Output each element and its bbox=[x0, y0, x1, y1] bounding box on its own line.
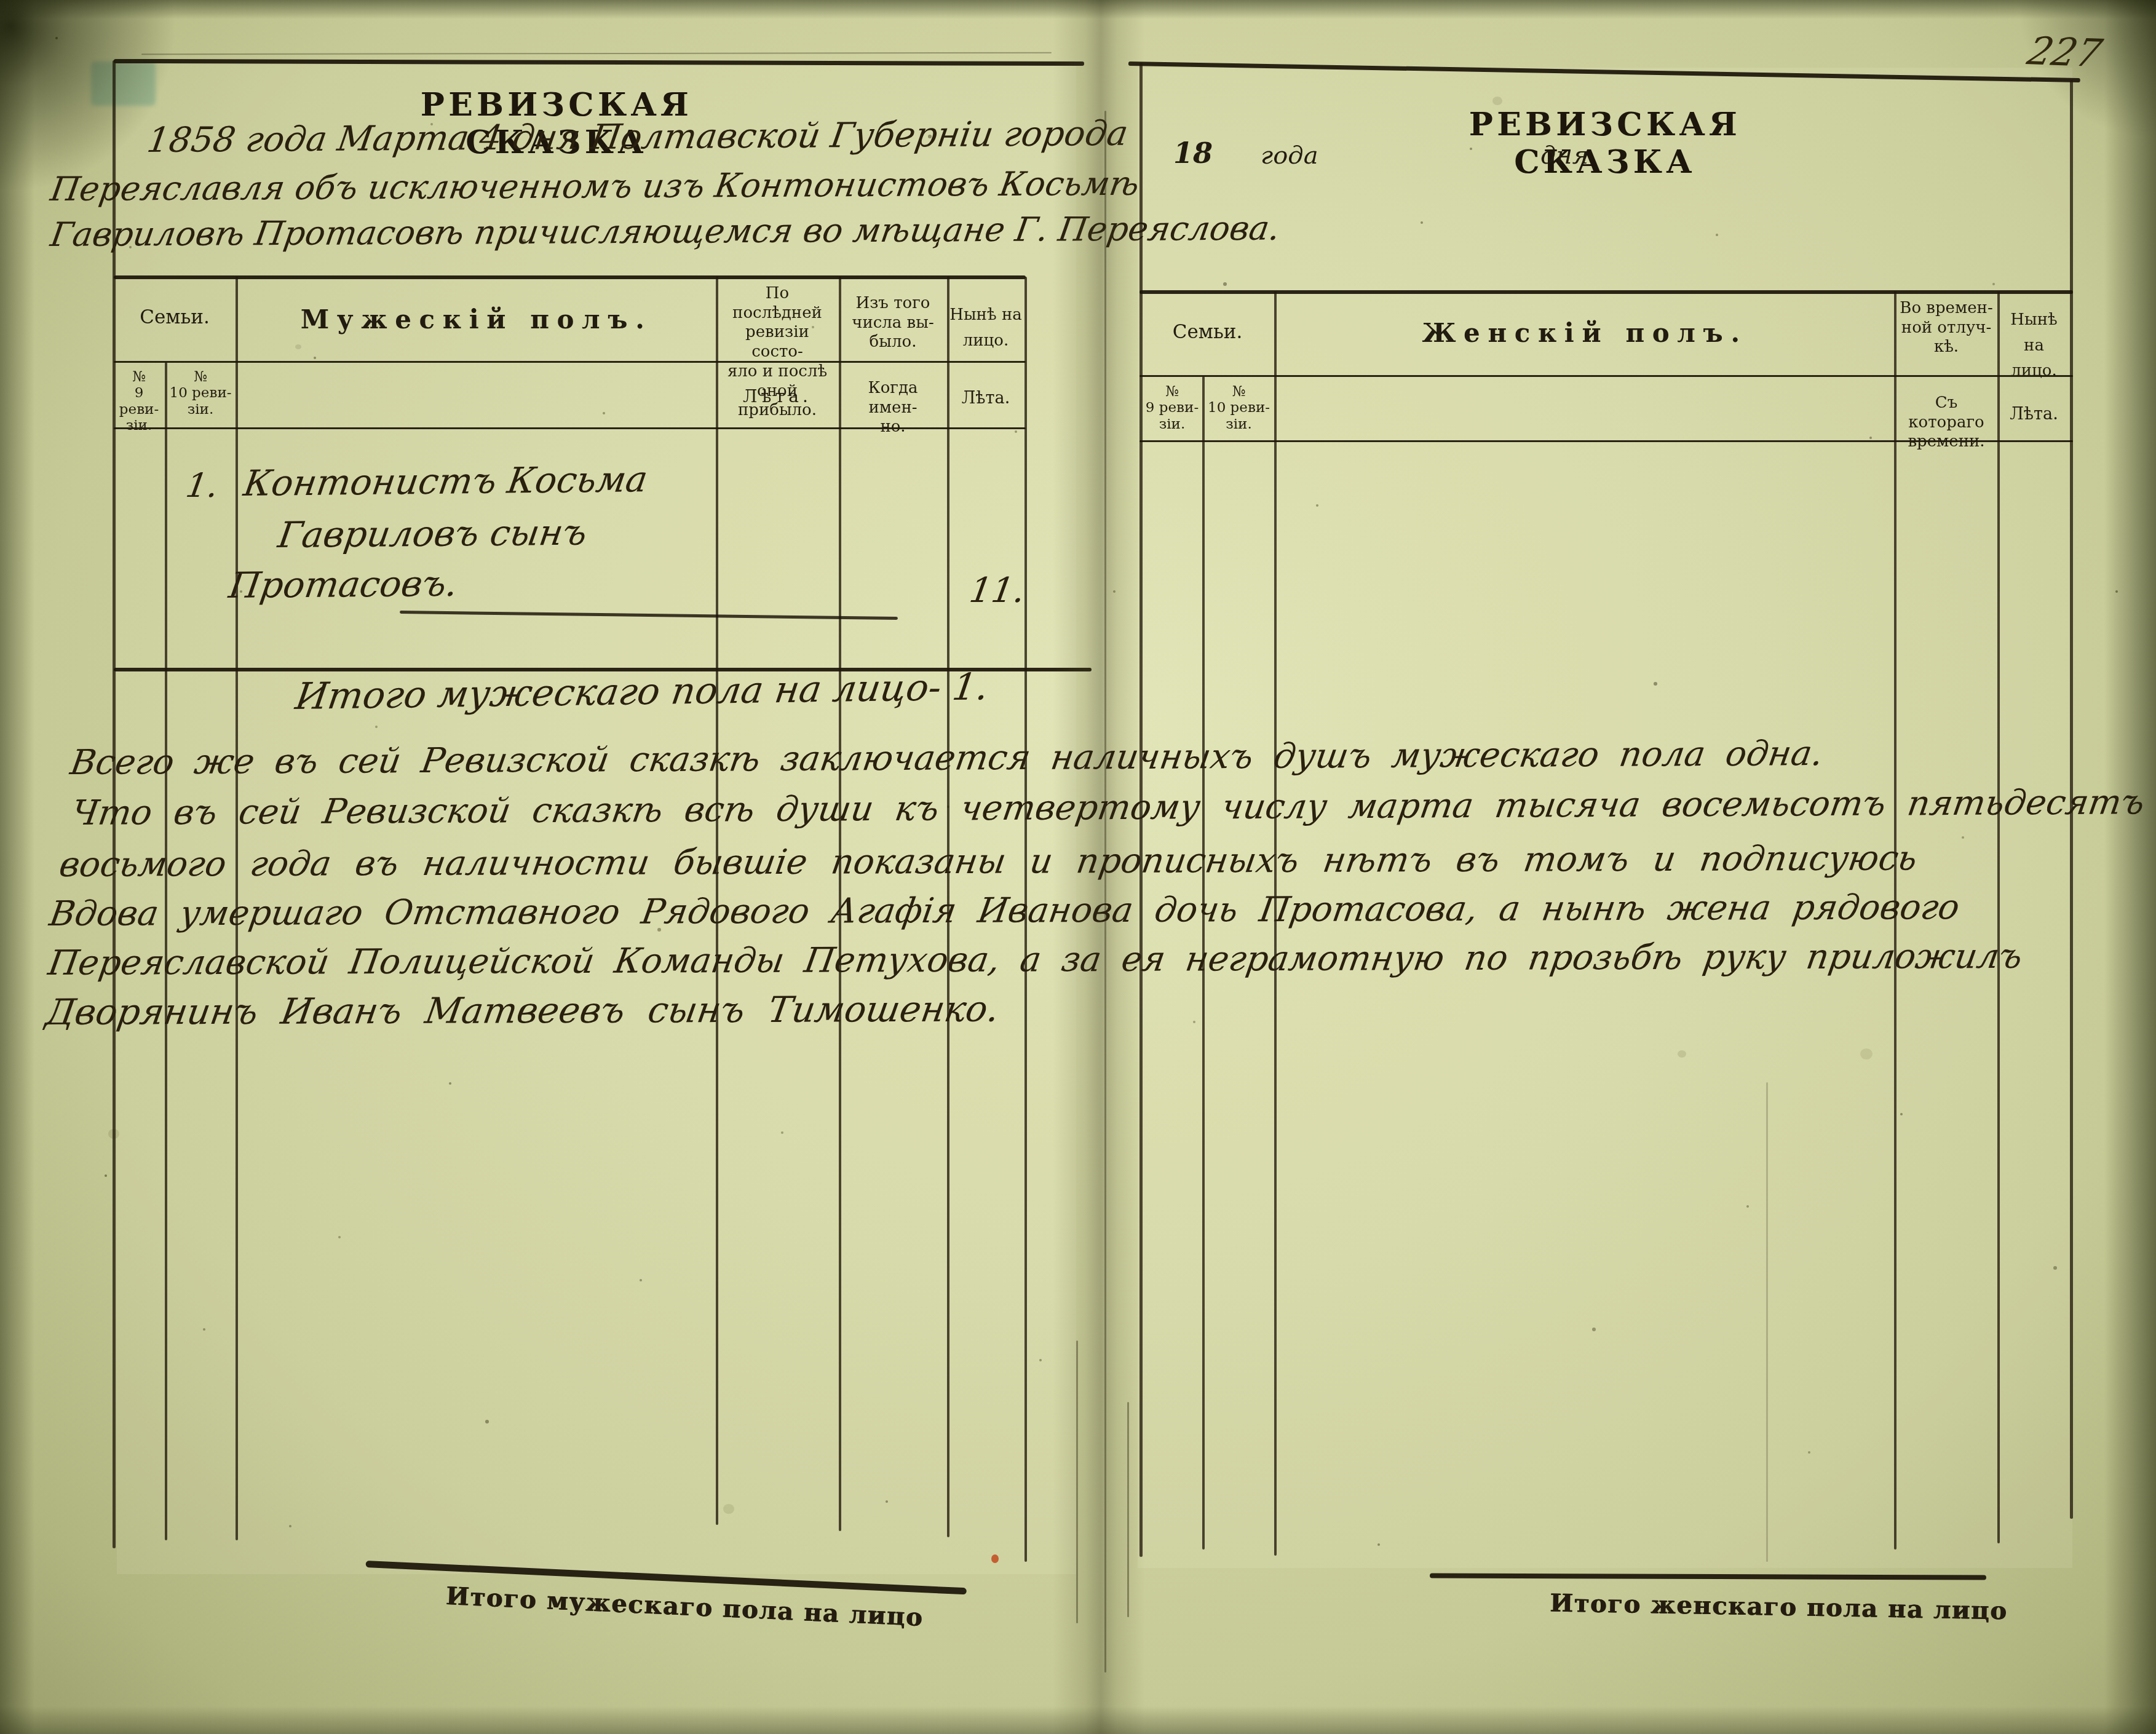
column-header-male-sex: Мужескій полъ. bbox=[237, 304, 716, 335]
fold-crease bbox=[1076, 1340, 1078, 1623]
column-header-rev9: № 9 реви- зіи. bbox=[114, 369, 164, 434]
paper-speckles bbox=[55, 37, 58, 39]
entry-age-value: 11. bbox=[967, 571, 1028, 611]
scratch-line bbox=[141, 52, 1052, 55]
table-top-rule bbox=[1139, 290, 2073, 294]
column-divider bbox=[1997, 291, 2000, 1543]
summary-line: Всего же въ сей Ревизской сказкѣ заключа… bbox=[68, 734, 1826, 783]
column-header-since: Съ котораго времени. bbox=[1895, 394, 1997, 452]
table-top-rule bbox=[114, 275, 1026, 279]
right-footer-label: Итого женскаго пола на лицо bbox=[1550, 1589, 2008, 1626]
summary-total-line: Итого мужескаго пола на лицо- 1. bbox=[293, 665, 991, 718]
column-header-present: Нынѣ на лицо. bbox=[949, 303, 1022, 354]
column-header-years: Лѣта. bbox=[718, 386, 836, 407]
column-header-female-sex: Женскій полъ. bbox=[1275, 317, 1894, 349]
right-page-top-border bbox=[1128, 61, 2080, 82]
red-mark bbox=[991, 1554, 999, 1563]
fold-crease bbox=[1127, 1402, 1129, 1617]
date-day-label: дня bbox=[1540, 141, 1588, 170]
right-page-title: РЕВИЗСКАЯ СКАЗКА bbox=[1390, 106, 1820, 181]
header-row1-rule bbox=[1139, 375, 2073, 377]
column-header-family: Семьи. bbox=[1141, 321, 1274, 344]
entry-name-line: Протасовъ. bbox=[226, 563, 461, 606]
stamp-fragment bbox=[91, 61, 156, 106]
column-header-rev10: № 10 реви- зіи. bbox=[167, 369, 234, 418]
entry-name-line: Контонистъ Косьма bbox=[241, 458, 651, 504]
column-header-rev9: № 9 реви- зіи. bbox=[1142, 384, 1202, 432]
column-header-absence: Во времен- ной отлуч- кѣ. bbox=[1895, 299, 1997, 357]
entry-family-number: 1. bbox=[183, 466, 221, 505]
scanned-document: РЕВИЗСКАЯ СКАЗКА 1858 года Марта 4 дня П… bbox=[0, 0, 2156, 1734]
column-header-rev10: № 10 реви- зіи. bbox=[1204, 384, 1274, 432]
entry-dash-line bbox=[400, 611, 898, 620]
column-header-departed: Изъ того числа вы- было. bbox=[841, 294, 945, 352]
column-header-family: Семьи. bbox=[114, 306, 236, 330]
summary-line: Переяславской Полицейской Команды Петухо… bbox=[46, 936, 2025, 983]
paper-blotches bbox=[295, 344, 301, 349]
page-number: 227 bbox=[2023, 28, 2106, 76]
header-handwriting-line: Переяславля объ исключенномъ изъ Контони… bbox=[48, 164, 1142, 208]
header-handwriting-line: 1858 года Марта 4 дня Полтавской Губерні… bbox=[145, 114, 1131, 160]
date-year-label: года bbox=[1261, 141, 1318, 170]
summary-line: восьмого года въ наличности бывшіе показ… bbox=[57, 838, 1920, 885]
header-row1-rule bbox=[114, 361, 1026, 363]
left-page-top-border bbox=[114, 59, 1084, 66]
header-handwriting-line: Гавриловѣ Протасовѣ причисляющемся во мѣ… bbox=[48, 209, 1283, 254]
summary-line: Что въ сей Ревизской сказкѣ всѣ души къ … bbox=[69, 782, 2147, 833]
column-header-present: Нынѣ на лицо. bbox=[1999, 307, 2069, 384]
column-header-years: Лѣта. bbox=[1999, 405, 2069, 425]
column-header-years2: Лѣта. bbox=[949, 389, 1022, 409]
date-year-prefix: 18 bbox=[1173, 137, 1213, 170]
summary-signature-line: Дворянинъ Иванъ Матвеевъ сынъ Тимошенко. bbox=[43, 988, 1002, 1033]
summary-line: Вдова умершаго Отставного Рядового Агафі… bbox=[47, 887, 1962, 934]
paper-crease bbox=[1766, 1082, 1768, 1562]
right-footer-rule bbox=[1430, 1573, 1986, 1580]
entry-name-line: Гавриловъ сынъ bbox=[275, 512, 590, 556]
column-header-when: Когда имен- но. bbox=[841, 379, 945, 437]
